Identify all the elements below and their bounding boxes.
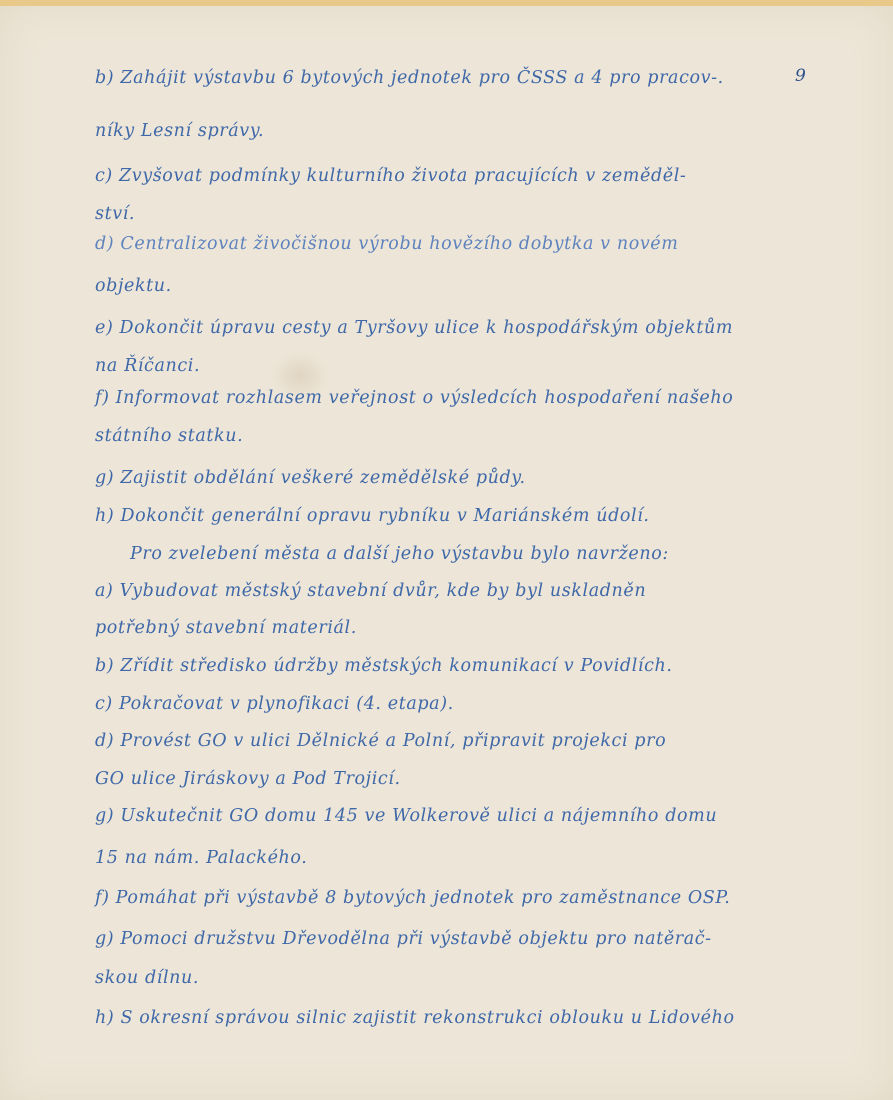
text-line: objektu. — [95, 276, 172, 296]
text-line: c) Zvyšovat podmínky kulturního života p… — [95, 166, 686, 186]
text-line: g) Zajistit obdělání veškeré zemědělské … — [95, 468, 526, 488]
text-line: g) Pomoci družstvu Dřevodělna při výstav… — [95, 929, 712, 949]
text-line: GO ulice Jiráskovy a Pod Trojicí. — [95, 769, 401, 789]
text-line: f) Pomáhat při výstavbě 8 bytových jedno… — [95, 888, 730, 908]
text-line: státního statku. — [95, 426, 243, 446]
section-heading-line: Pro zvelebení města a další jeho výstavb… — [130, 544, 669, 564]
text-line: skou dílnu. — [95, 968, 199, 988]
text-line: d) Provést GO v ulici Dělnické a Polní, … — [95, 731, 666, 751]
text-line: d) Centralizovat živočišnou výrobu hověz… — [95, 234, 678, 254]
text-line: e) Dokončit úpravu cesty a Tyršovy ulice… — [95, 318, 733, 338]
text-line: 15 na nám. Palackého. — [95, 848, 307, 868]
text-line: g) Uskutečnit GO domu 145 ve Wolkerově u… — [95, 806, 717, 826]
text-line: potřebný stavební materiál. — [95, 618, 357, 638]
text-line: na Říčanci. — [95, 356, 200, 376]
page-number: 9 — [795, 66, 806, 86]
document-page: 9 b) Zahájit výstavbu 6 bytových jednote… — [0, 6, 893, 1100]
text-line: b) Zahájit výstavbu 6 bytových jednotek … — [95, 68, 724, 88]
text-line: a) Vybudovat městský stavební dvůr, kde … — [95, 581, 646, 601]
text-line: níky Lesní správy. — [95, 121, 264, 141]
text-line: c) Pokračovat v plynofikaci (4. etapa). — [95, 694, 454, 714]
text-line: f) Informovat rozhlasem veřejnost o výsl… — [95, 388, 733, 408]
text-line: h) Dokončit generální opravu rybníku v M… — [95, 506, 650, 526]
text-line: ství. — [95, 204, 135, 224]
text-line: h) S okresní správou silnic zajistit rek… — [95, 1008, 735, 1028]
text-line: b) Zřídit středisko údržby městských kom… — [95, 656, 673, 676]
